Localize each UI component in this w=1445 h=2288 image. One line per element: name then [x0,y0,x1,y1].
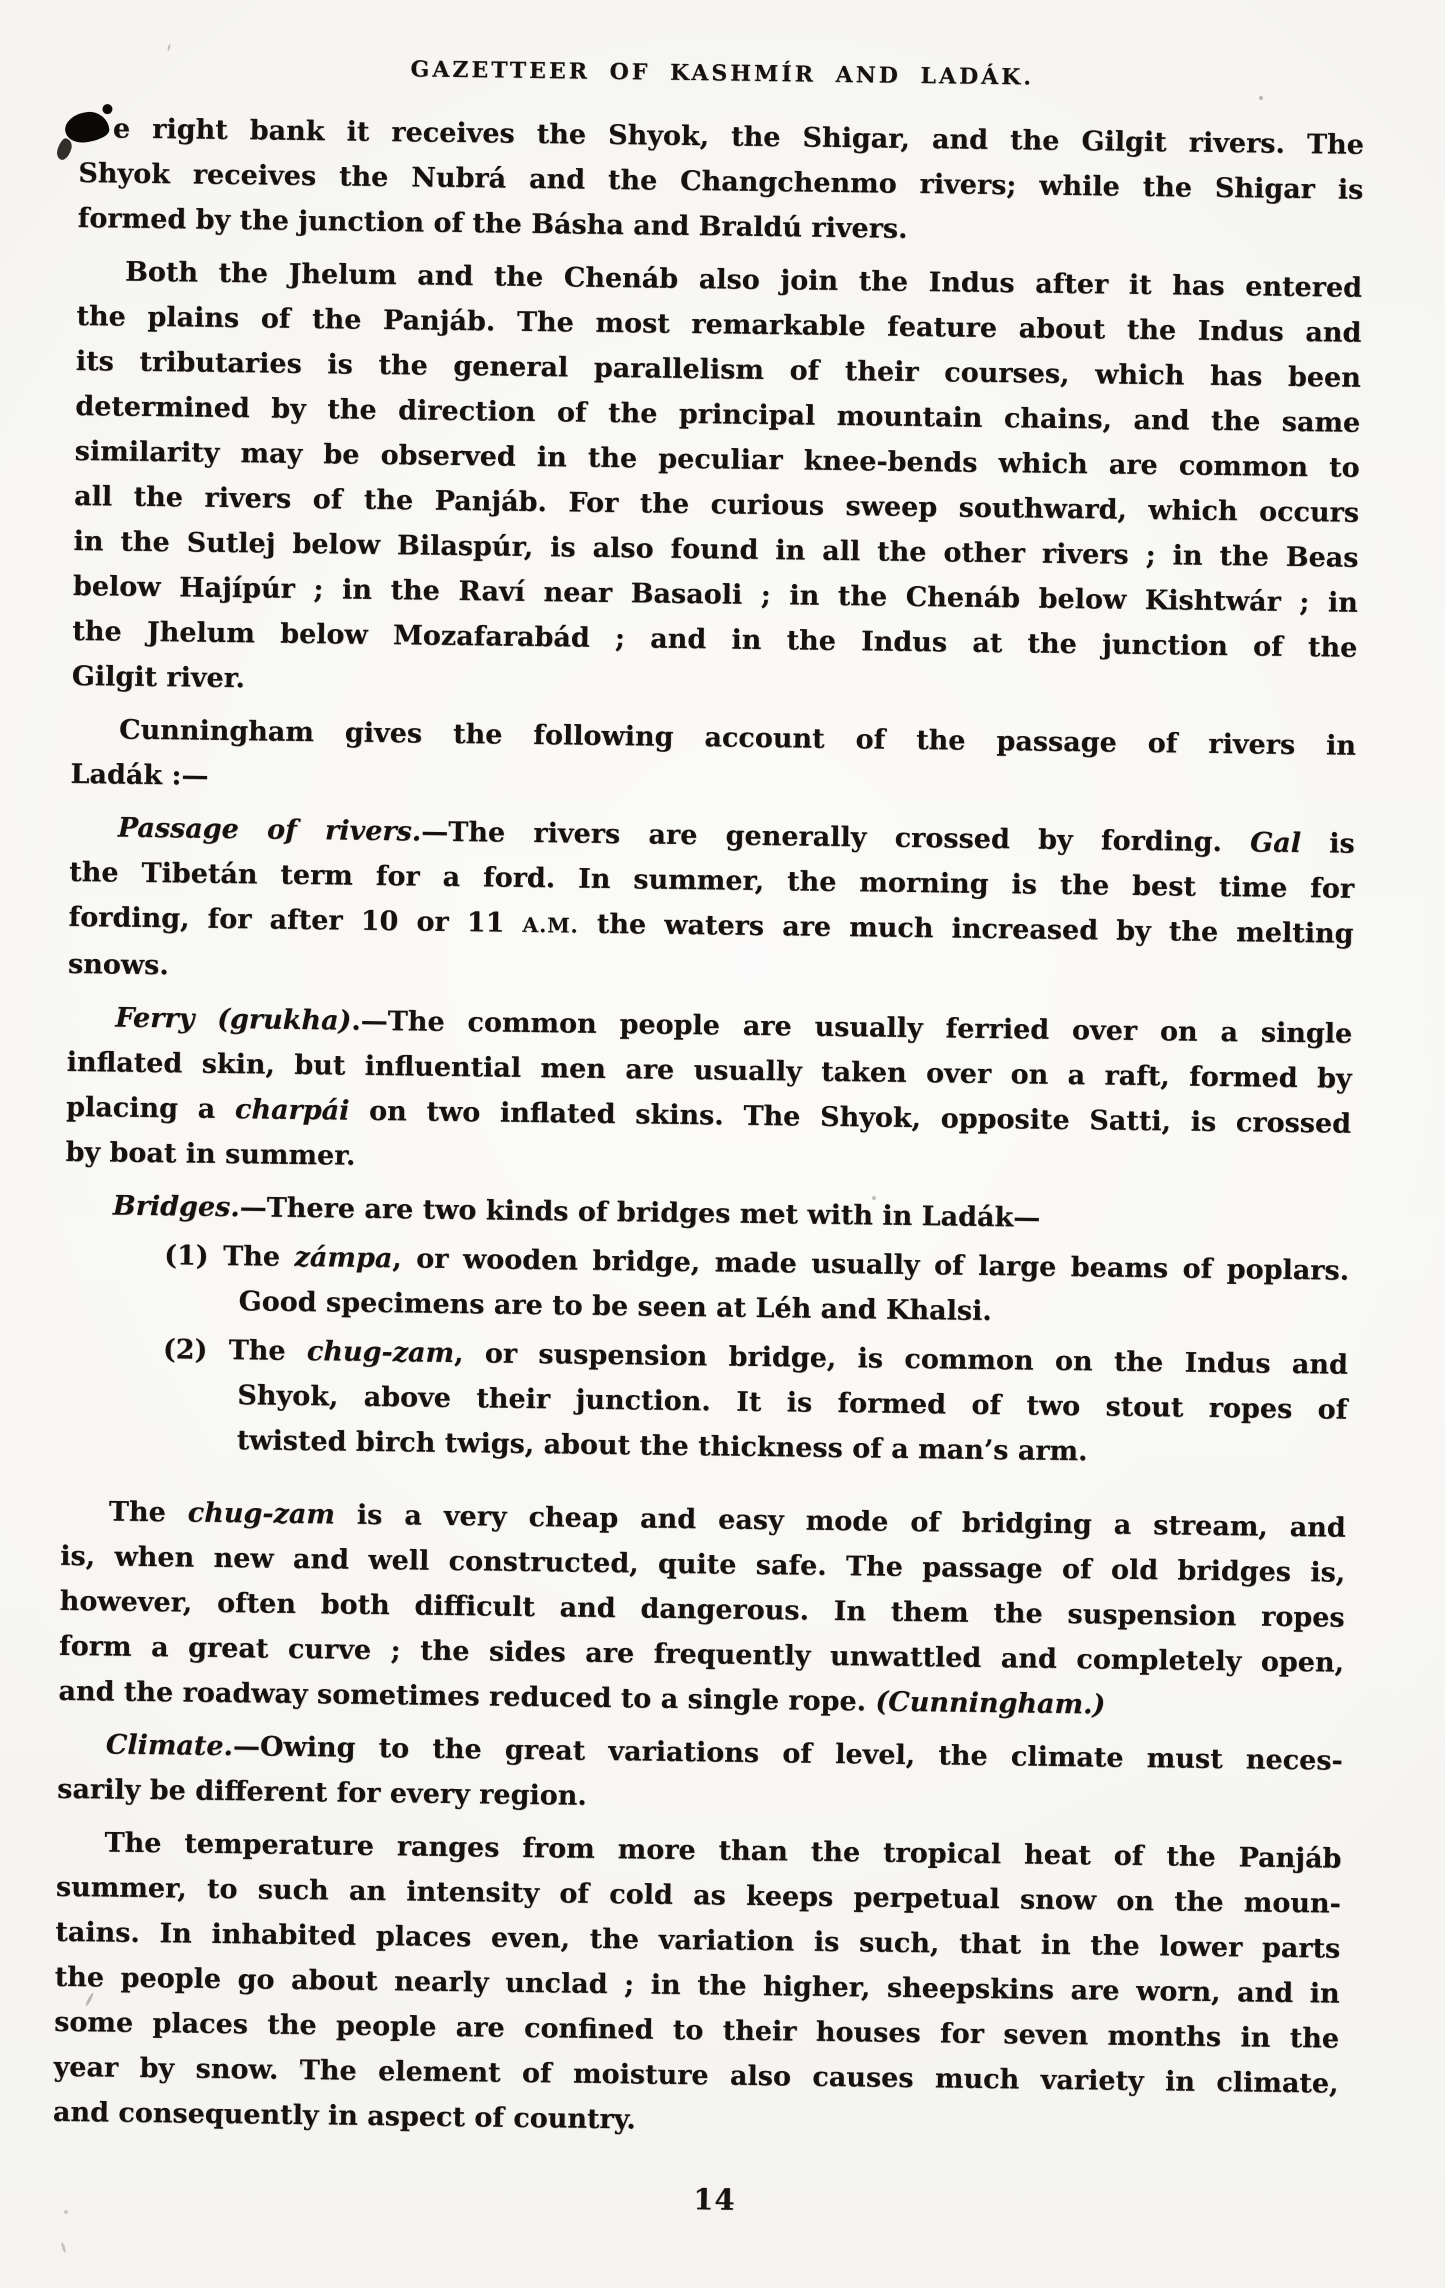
page-body: e right bank it receives the Shyok, the … [53,106,1364,2152]
paragraph: Cunningham gives the following account o… [70,707,1356,814]
page-sheet: GAZETTEER OF KASHMÍR AND LADÁK. e right … [52,50,1365,2231]
paragraph: Ferry (grukha).—The common people are us… [65,995,1352,1192]
paragraph: The chug-zam is a very cheap and easy mo… [58,1489,1346,1731]
paragraph: Both the Jhelum and the Chenáb also join… [72,249,1363,716]
scan-speck [167,44,171,51]
paragraph: The temperature ranges from more than th… [53,1820,1342,2152]
ink-blot [64,110,111,144]
scan-speck [60,2242,66,2253]
list-item: (1) The zámpa, or wooden bridge, made us… [63,1232,1349,1339]
scanned-page-background: GAZETTEER OF KASHMÍR AND LADÁK. e right … [0,0,1445,2288]
paragraph: e right bank it receives the Shyok, the … [77,106,1364,258]
paragraph: Climate.—Owing to the great variations o… [57,1722,1343,1829]
list-item: (2) The chug-zam, or suspension bridge, … [62,1326,1349,1478]
page-number: 14 [52,2169,1337,2231]
running-header: GAZETTEER OF KASHMÍR AND LADÁK. [80,50,1365,97]
paragraph: Passage of rivers.—The rivers are genera… [68,805,1355,1004]
